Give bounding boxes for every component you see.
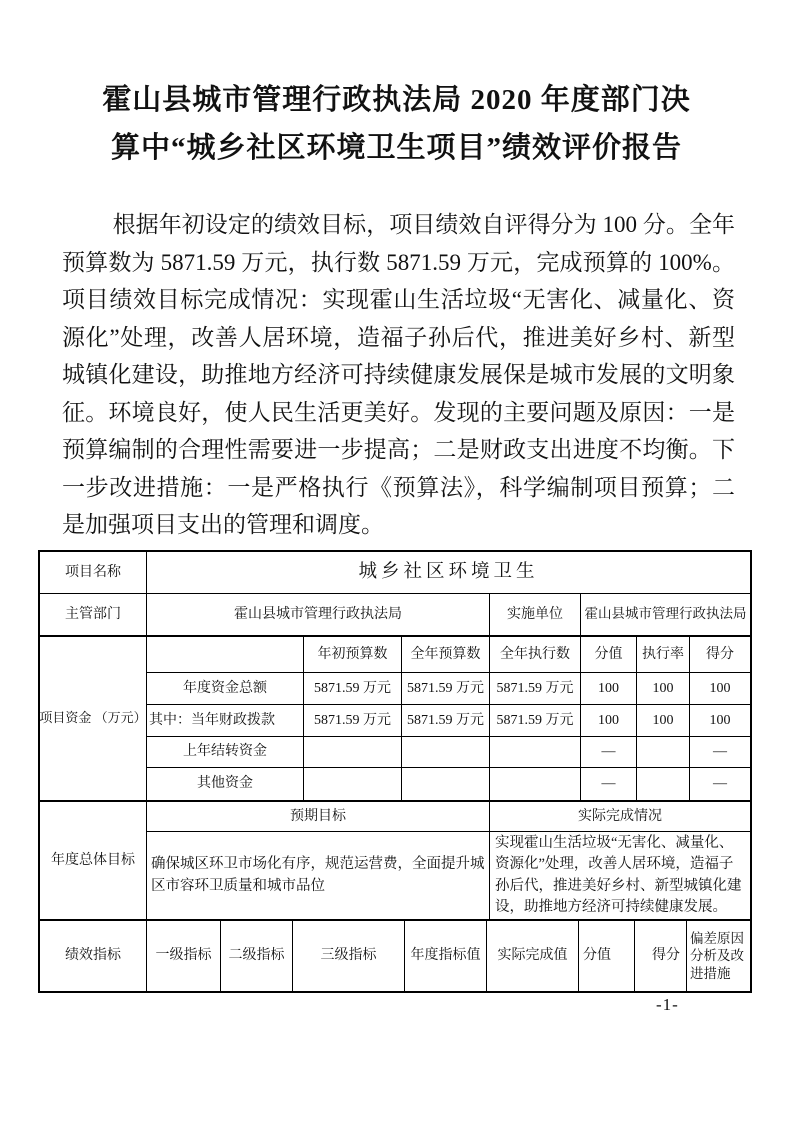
funds-row-name: 年度资金总额 [147,673,304,704]
funds-header-annual-execution: 全年执行数 [490,637,581,672]
funds-row-carryover: 上年结转资金 — — [147,737,750,768]
funds-row-total: 年度资金总额 5871.59 万元 5871.59 万元 5871.59 万元 … [147,673,750,705]
impl-unit-value: 霍山县城市管理行政执法局 [581,594,750,635]
funds-cell: — [690,768,750,800]
funds-cell: 5871.59 万元 [304,705,402,736]
funds-grid: 年初预算数 全年预算数 全年执行数 分值 执行率 得分 年度资金总额 5871.… [147,637,750,800]
expected-goal-header: 预期目标 [147,802,490,831]
funds-cell [304,768,402,800]
score-header: 得分 [635,921,687,991]
expected-goal-text: 确保城区环卫市场化有序，规范运营费，全面提升城区市容环卫质量和城市品位 [147,832,490,919]
funds-header-score-value: 分值 [581,637,637,672]
funds-cell: — [690,737,750,767]
impl-unit-label: 实施单位 [490,594,581,635]
funds-cell: — [581,768,637,800]
funds-cell: 100 [637,673,690,704]
page-number: -1- [656,995,679,1015]
funds-cell: 5871.59 万元 [304,673,402,704]
indicators-label: 绩效指标 [40,921,147,991]
annual-goal-content-row: 确保城区环卫市场化有序，规范运营费，全面提升城区市容环卫质量和城市品位 实现霍山… [147,832,750,919]
annual-goal-header-row: 预期目标 实际完成情况 [147,802,750,832]
deviation-analysis-header: 偏差原因分析及改进措施 [687,921,750,991]
funds-header-score: 得分 [690,637,750,672]
score-value-header: 分值 [579,921,635,991]
annual-goal-section: 年度总体目标 预期目标 实际完成情况 确保城区环卫市场化有序，规范运营费，全面提… [40,802,750,921]
indicator-level2-header: 二级指标 [221,921,293,991]
funds-cell: 5871.59 万元 [402,705,490,736]
funds-cell [402,768,490,800]
funds-section: 项目资金 （万元） 年初预算数 全年预算数 全年执行数 分值 执行率 得分 年度… [40,637,750,802]
funds-cell [637,737,690,767]
funds-header-execution-rate: 执行率 [637,637,690,672]
document-title: 霍山县城市管理行政执法局 2020 年度部门决 算中“城乡社区环境卫生项目”绩效… [60,76,733,172]
funds-cell: 100 [581,673,637,704]
actual-value-header: 实际完成值 [487,921,579,991]
funds-cell: 100 [581,705,637,736]
indicator-level1-header: 一级指标 [147,921,221,991]
funds-cell: 5871.59 万元 [402,673,490,704]
annual-target-value-header: 年度指标值 [405,921,487,991]
annual-goal-label: 年度总体目标 [40,802,147,919]
funds-cell: 100 [637,705,690,736]
funds-header-blank [147,637,304,672]
dept-value: 霍山县城市管理行政执法局 [147,594,490,635]
indicator-level3-header: 三级指标 [293,921,405,991]
funds-header-row: 年初预算数 全年预算数 全年执行数 分值 执行率 得分 [147,637,750,673]
funds-cell: 5871.59 万元 [490,673,581,704]
funds-header-initial-budget: 年初预算数 [304,637,402,672]
title-line-1: 霍山县城市管理行政执法局 2020 年度部门决 [60,76,733,124]
indicators-header-row: 绩效指标 一级指标 二级指标 三级指标 年度指标值 实际完成值 分值 得分 偏差… [40,921,750,991]
funds-cell: 100 [690,705,750,736]
funds-cell: 100 [690,673,750,704]
funds-row-other: 其他资金 — — [147,768,750,800]
funds-cell [490,768,581,800]
performance-table: 项目名称 城乡社区环境卫生 主管部门 霍山县城市管理行政执法局 实施单位 霍山县… [38,550,752,993]
funds-cell: — [581,737,637,767]
funds-cell [402,737,490,767]
funds-cell [490,737,581,767]
actual-completion-text: 实现霍山生活垃圾“无害化、减量化、资源化”处理，改善人居环境，造福子孙后代，推进… [490,832,750,919]
project-name-value: 城乡社区环境卫生 [147,552,750,593]
document-page: 霍山县城市管理行政执法局 2020 年度部门决 算中“城乡社区环境卫生项目”绩效… [0,0,793,1122]
actual-completion-header: 实际完成情况 [490,802,750,831]
funds-header-annual-budget: 全年预算数 [402,637,490,672]
annual-goal-grid: 预期目标 实际完成情况 确保城区环卫市场化有序，规范运营费，全面提升城区市容环卫… [147,802,750,919]
summary-paragraph: 根据年初设定的绩效目标，项目绩效自评得分为 100 分。全年预算数为 5871.… [62,206,735,544]
funds-row-name: 上年结转资金 [147,737,304,767]
title-line-2: 算中“城乡社区环境卫生项目”绩效评价报告 [60,124,733,172]
department-row: 主管部门 霍山县城市管理行政执法局 实施单位 霍山县城市管理行政执法局 [40,594,750,637]
funds-row-fiscal: 其中：当年财政拨款 5871.59 万元 5871.59 万元 5871.59 … [147,705,750,737]
funds-row-name: 其他资金 [147,768,304,800]
dept-label: 主管部门 [40,594,147,635]
funds-cell [637,768,690,800]
funds-row-name: 其中：当年财政拨款 [147,705,304,736]
funds-label: 项目资金 （万元） [40,637,147,800]
project-name-label: 项目名称 [40,552,147,593]
project-name-row: 项目名称 城乡社区环境卫生 [40,552,750,594]
funds-cell: 5871.59 万元 [490,705,581,736]
funds-cell [304,737,402,767]
